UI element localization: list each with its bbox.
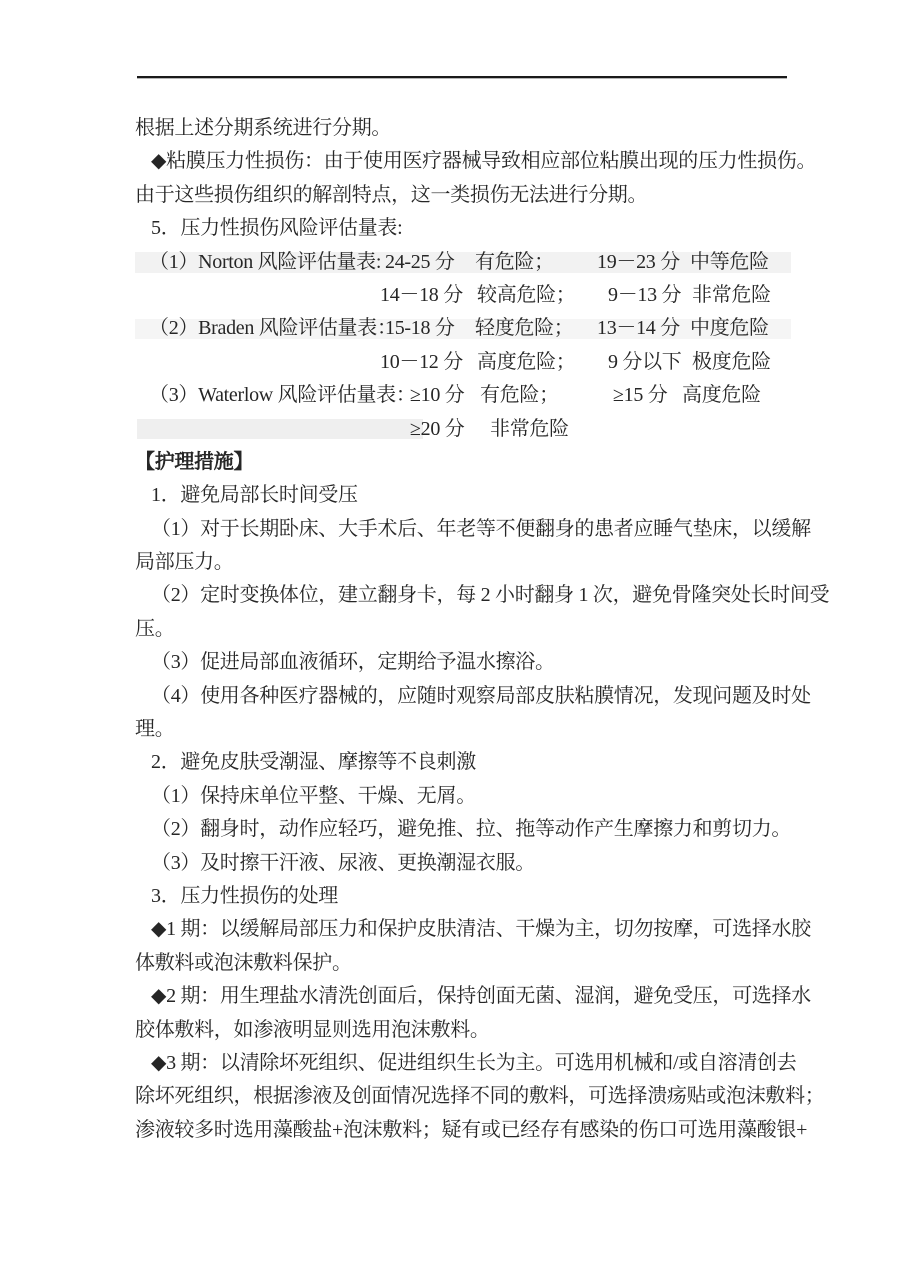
risk-level: 高度危险 <box>682 379 761 412</box>
risk-table-row-waterlow-1: （3）Waterlow 风险评估量表： ≥10 分 有危险； ≥15 分 高度危… <box>135 379 791 412</box>
document-content: 根据上述分期系统进行分期。 ◆粘膜压力性损伤：由于使用医疗器械导致相应部位粘膜出… <box>135 112 791 1147</box>
paragraph-line: 渗液较多时选用藻酸盐+泡沫敷料；疑有或已经存有感染的伤口可选用藻酸银+ <box>135 1114 791 1147</box>
risk-score-range: 9 分以下 <box>608 346 682 379</box>
paragraph-line: 除坏死组织，根据渗液及创面情况选择不同的敷料，可选择溃疡贴或泡沫敷料； <box>135 1080 791 1113</box>
paragraph-line: （2）翻身时，动作应轻巧，避免推、拉、拖等动作产生摩擦力和剪切力。 <box>135 813 791 846</box>
section-heading-nursing-measures: 【护理措施】 <box>135 446 791 479</box>
paragraph-line: 1．避免局部长时间受压 <box>135 479 791 512</box>
paragraph-line-stage2: ◆2 期：用生理盐水清洗创面后，保持创面无菌、湿润，避免受压，可选择水 <box>135 980 791 1013</box>
paragraph-line: （2）定时变换体位，建立翻身卡，每 2 小时翻身 1 次，避免骨隆突处长时间受 <box>135 579 791 612</box>
risk-score-range: 19－23 分 <box>597 246 680 279</box>
paragraph-line: 胶体敷料，如渗液明显则选用泡沫敷料。 <box>135 1014 791 1047</box>
risk-score-range: 15-18 分 <box>385 312 455 345</box>
paragraph-line: 局部压力。 <box>135 546 791 579</box>
paragraph-line-stage3: ◆3 期：以清除坏死组织、促进组织生长为主。可选用机械和/或自溶清创去 <box>135 1047 791 1080</box>
paragraph-line: 2．避免皮肤受潮湿、摩擦等不良刺激 <box>135 746 791 779</box>
risk-level: 非常危险 <box>490 413 569 446</box>
risk-level: 中度危险 <box>690 312 769 345</box>
paragraph-line: （4）使用各种医疗器械的，应随时观察局部皮肤粘膜情况，发现问题及时处 <box>135 680 791 713</box>
risk-score-range: ≥10 分 <box>410 379 464 412</box>
risk-level: 有危险； <box>480 379 559 412</box>
paragraph-line: 根据上述分期系统进行分期。 <box>135 112 791 145</box>
risk-score-range: 9－13 分 <box>608 279 681 312</box>
risk-score-range: ≥15 分 <box>613 379 667 412</box>
risk-table-row-norton-2: 14－18 分 较高危险； 9－13 分 非常危险 <box>135 279 791 312</box>
risk-scale-label: （3）Waterlow 风险评估量表： <box>149 379 416 412</box>
risk-score-range: 10－12 分 <box>380 346 463 379</box>
paragraph-line-mucosal-injury: ◆粘膜压力性损伤：由于使用医疗器械导致相应部位粘膜出现的压力性损伤。 <box>135 145 791 178</box>
risk-table-row-braden-2: 10－12 分 高度危险； 9 分以下 极度危险 <box>135 346 791 379</box>
risk-score-range: ≥20 分 <box>410 413 464 446</box>
risk-scale-label: （1）Norton 风险评估量表: <box>149 246 381 279</box>
risk-level: 有危险； <box>475 246 554 279</box>
risk-level: 较高危险； <box>477 279 576 312</box>
paragraph-line: 体敷料或泡沫敷料保护。 <box>135 947 791 980</box>
paragraph-line: 理。 <box>135 713 791 746</box>
paragraph-line: 3．压力性损伤的处理 <box>135 880 791 913</box>
paragraph-line: （1）保持床单位平整、干燥、无屑。 <box>135 780 791 813</box>
document-page: 根据上述分期系统进行分期。 ◆粘膜压力性损伤：由于使用医疗器械导致相应部位粘膜出… <box>0 0 905 1280</box>
paragraph-line-stage1: ◆1 期：以缓解局部压力和保护皮肤清洁、干燥为主，切勿按摩，可选择水胶 <box>135 913 791 946</box>
risk-scale-label: （2）Braden 风险评估量表： <box>149 312 397 345</box>
risk-level: 非常危险 <box>692 279 771 312</box>
risk-score-range: 24-25 分 <box>385 246 455 279</box>
risk-table-row-waterlow-2: ≥20 分 非常危险 <box>135 413 791 446</box>
paragraph-line: （3）促进局部血液循环，定期给予温水擦浴。 <box>135 646 791 679</box>
paragraph-line: （1）对于长期卧床、大手术后、年老等不便翻身的患者应睡气垫床，以缓解 <box>135 513 791 546</box>
risk-table-row-braden-1: （2）Braden 风险评估量表： 15-18 分 轻度危险； 13－14 分 … <box>135 312 791 345</box>
risk-table-row-norton-1: （1）Norton 风险评估量表: 24-25 分 有危险； 19－23 分 中… <box>135 246 791 279</box>
header-rule <box>137 76 787 79</box>
risk-level: 中等危险 <box>690 246 769 279</box>
paragraph-line: （3）及时擦干汗液、尿液、更换潮湿衣服。 <box>135 847 791 880</box>
risk-level: 极度危险 <box>692 346 771 379</box>
risk-score-range: 14－18 分 <box>380 279 463 312</box>
risk-score-range: 13－14 分 <box>597 312 680 345</box>
risk-level: 高度危险； <box>477 346 576 379</box>
paragraph-line: 由于这些损伤组织的解剖特点，这一类损伤无法进行分期。 <box>135 179 791 212</box>
paragraph-line: 压。 <box>135 613 791 646</box>
risk-level: 轻度危险； <box>475 312 574 345</box>
risk-table-title: 5．压力性损伤风险评估量表: <box>135 212 791 245</box>
